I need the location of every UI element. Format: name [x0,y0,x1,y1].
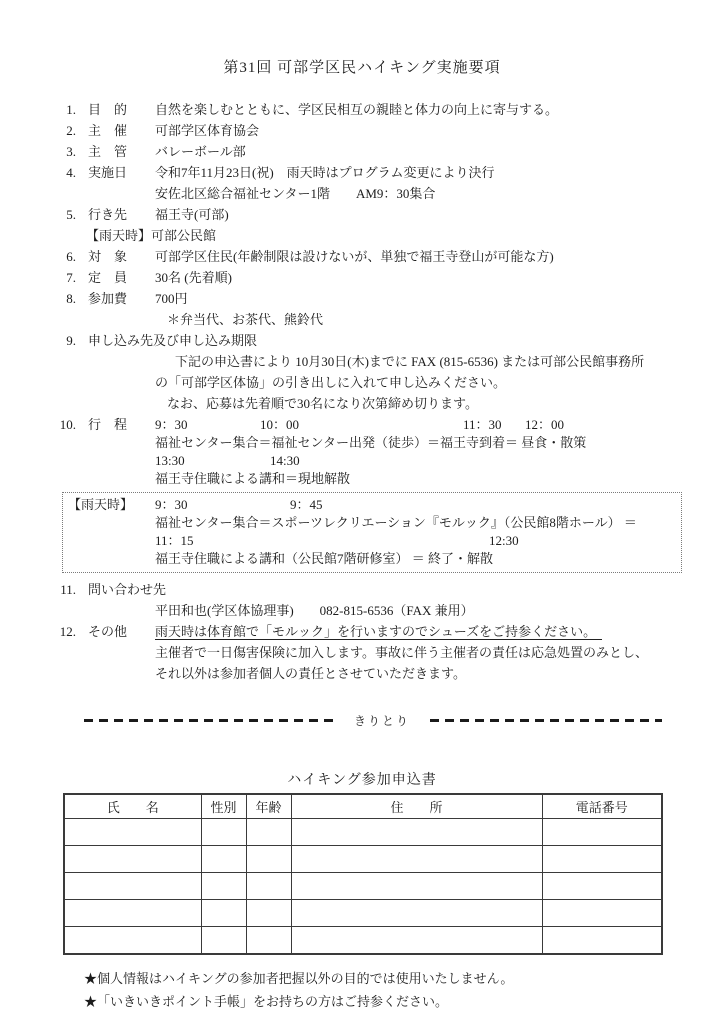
form-table-cell [291,873,542,900]
form-table-cell [64,900,201,927]
contact-detail: 平田和也(学区体協理事) 082-815-6536（FAX 兼用） [0,600,724,621]
form-table-cell [246,819,291,846]
rain-plan-box: 【雨天時】 9：30 9：45 福祉センター集合＝スポーツレクリエーション『モル… [62,492,682,573]
item-5-line2: 【雨天時】可部公民館 [0,225,724,246]
form-table-cell [201,846,246,873]
rain-time: 9：45 [290,496,323,514]
form-table-cell [64,927,201,955]
form-table-row [64,873,662,900]
underlined-text: 雨天時は体育館で「モルック」を行いますのでシューズをご持参ください。 [155,624,602,640]
item-6: 6. 対 象 可部学区住民(年齢制限は設けないが、単独で福王寺登山が可能な方) [0,246,724,267]
form-table-cell [201,927,246,955]
form-header-gender: 性別 [201,794,246,819]
rain-route-2: 福王寺住職による講和（公民館7階研修室） ＝ 終了・解散 [63,550,681,568]
itinerary-route-1: 福祉センター集合＝福祉センター出発（徒歩）＝福王寺到着＝ 昼食・散策 [0,434,724,452]
item-10: 10. 行 程 9：30 10：00 11：30 12：00 [0,416,724,434]
itinerary-time: 9：30 [155,416,188,434]
form-table-cell [201,900,246,927]
item-number: 12. [0,621,76,642]
item-content: 700円 [155,288,724,309]
document-page: 第31回 可部学区民ハイキング実施要項 1. 目 的 自然を楽しむとともに、学区… [0,56,724,1013]
form-table-cell [246,873,291,900]
item-content: 可部学区住民(年齢制限は設けないが、単独で福王寺登山が可能な方) [155,246,724,267]
rain-times-row-2: 11：15 12:30 [63,532,681,550]
rain-plan-label: 【雨天時】 [68,496,133,514]
application-form-title: ハイキング参加申込書 [0,769,724,789]
tail-items: 11. 問い合わせ先 平田和也(学区体協理事) 082-815-6536（FAX… [0,579,724,684]
form-table-cell [291,900,542,927]
form-table-row [64,900,662,927]
form-header-phone: 電話番号 [542,794,662,819]
rain-time: 9：30 [155,496,188,514]
form-table-cell [246,927,291,955]
item-number: 5. [0,204,76,225]
item-label: 目 的 [88,99,155,120]
item-content: 自然を楽しむとともに、学区民相互の親睦と体力の向上に寄与する。 [155,99,724,120]
item-number: 11. [0,579,76,600]
item-11: 11. 問い合わせ先 [0,579,724,600]
dash-line-right [430,719,662,722]
footnotes: ★個人情報はハイキングの参加者把握以外の目的では使用いたしません。 ★「いきいき… [0,967,724,1013]
item-label: 定 員 [88,267,155,288]
item-9-line2: 下記の申込書により 10月30日(木)までに FAX (815-6536) また… [0,351,724,372]
item-label: 行き先 [88,204,155,225]
item-label: 対 象 [88,246,155,267]
item-label: 申し込み先及び申し込み期限 [88,330,257,351]
form-table-cell [542,900,662,927]
form-header-name: 氏 名 [64,794,201,819]
form-table-cell [201,819,246,846]
item-9-line4: なお、応募は先着順で30名になり次第締め切ります。 [0,393,724,414]
item-4: 4. 実施日 令和7年11月23日(祝) 雨天時はプログラム変更により決行 [0,162,724,183]
application-form-table: 氏 名 性別 年齢 住 所 電話番号 [63,793,663,955]
item-7: 7. 定 員 30名 (先着順) [0,267,724,288]
item-5: 5. 行き先 福王寺(可部) [0,204,724,225]
item-label: 実施日 [88,162,155,183]
form-table-cell [542,846,662,873]
rain-times-row-1: 【雨天時】 9：30 9：45 [63,496,681,514]
item-9: 9. 申し込み先及び申し込み期限 [0,330,724,351]
footnote-points: ★「いきいきポイント手帳」をお持ちの方はご持参ください。 [84,990,724,1013]
item-1: 1. 目 的 自然を楽しむとともに、学区民相互の親睦と体力の向上に寄与する。 [0,99,724,120]
item-label: 問い合わせ先 [88,579,166,600]
item-content: バレーボール部 [155,141,724,162]
item-label: 行 程 [88,416,155,434]
item-label: その他 [88,621,155,642]
cut-line-label: きりとり [354,712,410,729]
form-table-cell [64,873,201,900]
form-table-cell [542,873,662,900]
item-number: 3. [0,141,76,162]
item-number: 2. [0,120,76,141]
form-table-row [64,819,662,846]
itinerary-times-row-2: 13:30 14:30 [0,452,724,470]
item-content: 可部学区体育協会 [155,120,724,141]
itinerary-time: 14:30 [270,452,300,470]
other-note-underlined: 雨天時は体育館で「モルック」を行いますのでシューズをご持参ください。 [155,621,724,642]
footnote-privacy: ★個人情報はハイキングの参加者把握以外の目的では使用いたしません。 [84,967,724,990]
form-table-cell [291,927,542,955]
itinerary-section: 10. 行 程 9：30 10：00 11：30 12：00 福祉センター集合＝… [0,416,724,488]
item-number: 10. [0,416,76,434]
numbered-items: 1. 目 的 自然を楽しむとともに、学区民相互の親睦と体力の向上に寄与する。 2… [0,99,724,414]
itinerary-times-row-1: 9：30 10：00 11：30 12：00 [155,416,724,434]
item-number: 6. [0,246,76,267]
form-table-cell [201,873,246,900]
itinerary-route-2: 福王寺住職による講和＝現地解散 [0,470,724,488]
other-note-3: それ以外は参加者個人の責任とさせていただきます。 [0,663,724,684]
rain-time: 12:30 [489,532,519,550]
itinerary-time: 12：00 [525,416,564,434]
item-label: 参加費 [88,288,155,309]
form-table-cell [542,927,662,955]
form-table-cell [291,819,542,846]
form-table-header-row: 氏 名 性別 年齢 住 所 電話番号 [64,794,662,819]
form-table-cell [246,846,291,873]
itinerary-time: 10：00 [260,416,299,434]
item-label: 主 催 [88,120,155,141]
form-table-row [64,846,662,873]
rain-route-1: 福祉センター集合＝スポーツレクリエーション『モルック』（公民館8階ホール） ＝ [63,514,681,532]
item-number: 8. [0,288,76,309]
item-3: 3. 主 管 バレーボール部 [0,141,724,162]
form-header-age: 年齢 [246,794,291,819]
item-8-line2: ＊弁当代、お茶代、熊鈴代 [0,309,724,330]
item-content: 30名 (先着順) [155,267,724,288]
other-note-2: 主催者で一日傷害保険に加入します。事故に伴う主催者の責任は応急処置のみとし、 [0,642,724,663]
form-table-cell [291,846,542,873]
item-4-line2: 安佐北区総合福祉センター1階 AM9：30集合 [0,183,724,204]
item-9-line3: の「可部学区体協」の引き出しに入れて申し込みください。 [0,372,724,393]
form-table-body [64,819,662,955]
cut-line: きりとり [84,712,662,729]
rain-time: 11：15 [155,532,194,550]
form-header-address: 住 所 [291,794,542,819]
item-number: 1. [0,99,76,120]
form-table-cell [246,900,291,927]
item-number: 4. [0,162,76,183]
dash-line-left [84,719,334,722]
form-table-row [64,927,662,955]
form-table-cell [64,846,201,873]
item-number: 9. [0,330,76,351]
form-table-cell [542,819,662,846]
itinerary-time: 13:30 [155,452,185,470]
page-title: 第31回 可部学区民ハイキング実施要項 [0,56,724,77]
item-content: 令和7年11月23日(祝) 雨天時はプログラム変更により決行 [155,162,724,183]
item-2: 2. 主 催 可部学区体育協会 [0,120,724,141]
itinerary-time: 11：30 [463,416,502,434]
form-table-cell [64,819,201,846]
item-12: 12. その他 雨天時は体育館で「モルック」を行いますのでシューズをご持参くださ… [0,621,724,642]
item-content: 福王寺(可部) [155,204,724,225]
item-label: 主 管 [88,141,155,162]
item-8: 8. 参加費 700円 [0,288,724,309]
item-number: 7. [0,267,76,288]
